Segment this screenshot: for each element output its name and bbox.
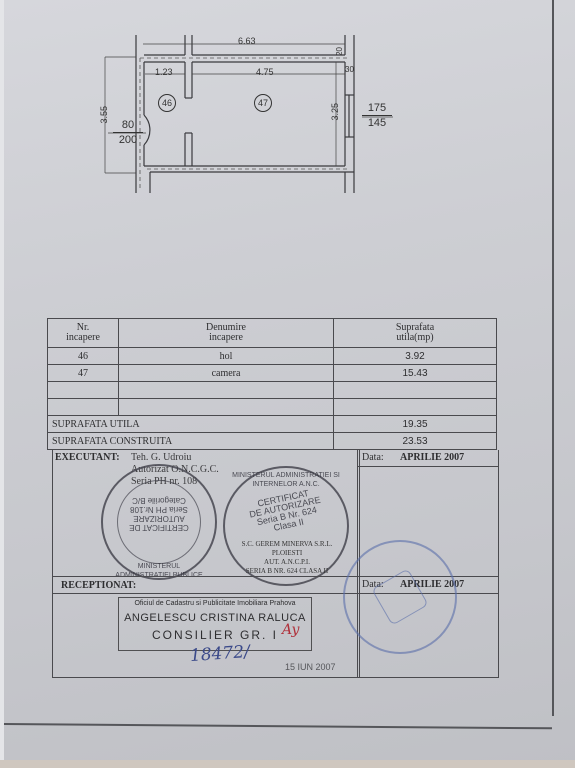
total-built-row: SUPRAFATA CONSTRUITA 23.53 (48, 433, 497, 450)
total-built-label: SUPRAFATA CONSTRUITA (48, 433, 334, 450)
dim-total-height: 3.55 (99, 106, 109, 124)
ancpi-blue-stamp (343, 540, 457, 654)
dim-room47-width: 4.75 (256, 67, 274, 77)
total-useful-row: SUPRAFATA UTILA 19.35 (48, 416, 497, 433)
header-area: Suprafatautila(mp) (334, 319, 497, 348)
page-border-bottom (4, 723, 552, 729)
floor-plan-drawing (0, 0, 575, 210)
dim-wall-right: 30 (345, 65, 354, 74)
rooms-table: Nr.incapere Denumireincapere Suprafataut… (47, 318, 497, 450)
date-stamp: 15 IUN 2007 (285, 662, 336, 672)
dim-wall-top: 20 (335, 47, 344, 56)
dim-room46-width: 1.23 (155, 67, 173, 77)
floor-plan: 6.63 1.23 4.75 3.55 3.25 20 30 46 47 80 … (0, 0, 575, 210)
room-number-46: 46 (158, 94, 176, 112)
company-stamp: MINISTERUL ADMINISTRATIEI SI INTERNELOR … (223, 466, 349, 586)
executant-date: Data: APRILIE 2007 (358, 450, 498, 467)
table-row: 47 camera 15.43 (48, 365, 497, 382)
authorization-stamp: CERTIFICAT DE AUTORIZARE Seria PH Nr.108… (101, 464, 217, 580)
total-useful-label: SUPRAFATA UTILA (48, 416, 334, 433)
executant-block: EXECUTANT: Teh. G. Udroiu Autorizat O.N.… (52, 450, 360, 577)
receptionat-label: RECEPTIONAT: (61, 580, 136, 591)
room-number-47: 47 (254, 94, 272, 112)
table-row (48, 399, 497, 416)
table-header: Nr.incapere Denumireincapere Suprafataut… (48, 319, 497, 348)
total-built-value: 23.53 (334, 433, 497, 450)
dim-total-width: 6.63 (238, 36, 256, 46)
signature: Ay (282, 622, 299, 638)
coat-of-arms-icon (371, 568, 428, 625)
window-dimension: 175 145 (362, 102, 392, 129)
header-nr: Nr.incapere (48, 319, 119, 348)
door-dimension: 80 200 (113, 119, 143, 146)
background-strip (0, 760, 575, 768)
total-useful-value: 19.35 (334, 416, 497, 433)
registration-number: 18472/ (189, 642, 250, 666)
dim-room47-height: 3.25 (330, 103, 340, 121)
executant-label: EXECUTANT: (55, 452, 120, 463)
table-row: 46 hol 3.92 (48, 348, 497, 365)
header-name: Denumireincapere (119, 319, 334, 348)
table-row (48, 382, 497, 399)
